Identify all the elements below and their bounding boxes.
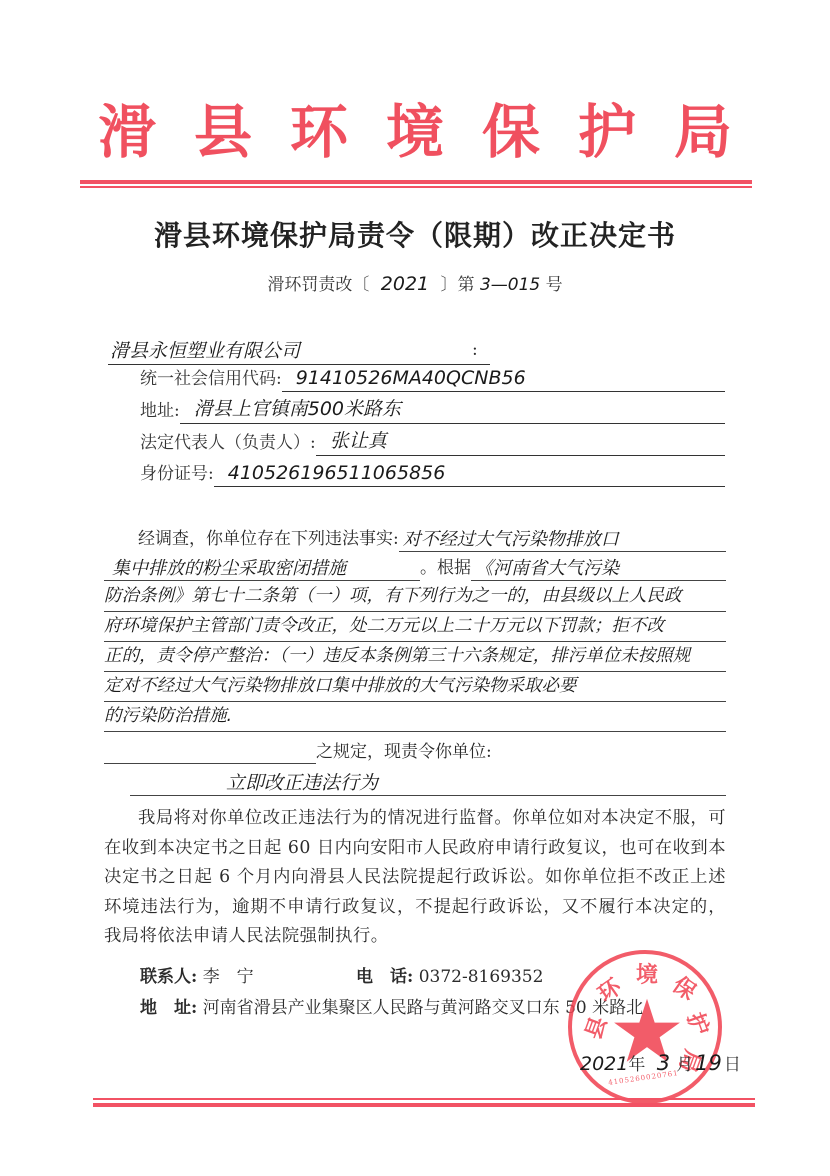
document-number: 滑环罚责改〔 2021 〕第 3—015 号 [0, 270, 830, 295]
date-month: 3 [657, 1051, 670, 1075]
letterhead-agency-name: 滑县环境保护局 [0, 92, 830, 172]
findings-intro: 经调查，你单位存在下列违法事实: [138, 524, 399, 552]
legal-basis-5: 定对不经过大气污染物排放口集中排放的大气污染物采取必要 [104, 672, 726, 702]
footer-divider-thin [93, 1098, 755, 1100]
doc-number-serial: 3—015 [480, 275, 540, 295]
date-year-suffix: 年 [628, 1055, 645, 1075]
field-legal-rep: 法定代表人（负责人）: 张让真 [140, 428, 725, 456]
order-blank [104, 739, 316, 764]
document-title: 滑县环境保护局责令（限期）改正决定书 [0, 214, 830, 254]
legal-basis-2: 防治条例》第七十二条第（一）项，有下列行为之一的，由县级以上人民政 [104, 582, 726, 612]
doc-number-mid: 〕第 [441, 275, 475, 295]
address-label: 地址: [140, 396, 180, 424]
legal-basis-1: 《河南省大气污染 [471, 554, 726, 581]
date-day: 19 [695, 1051, 722, 1075]
violation-fact-2: 集中排放的粉尘采取密闭措施 [104, 554, 420, 581]
field-address: 地址: 滑县上官镇南500米路东 [140, 396, 725, 424]
legal-basis-3: 府环境保护主管部门责令改正，处二万元以上二十万元以下罚款；拒不改 [104, 612, 726, 642]
findings-line-1: 经调查，你单位存在下列违法事实: 对不经过大气污染物排放口 [138, 524, 726, 552]
seal-char: 护 [681, 1008, 718, 1039]
contact-phone-row: 电 话: 0372-8169352 [356, 962, 543, 987]
order-intro-line: 之规定，现责令你单位: [104, 738, 524, 764]
order-intro: 之规定，现责令你单位: [316, 737, 492, 764]
recipient-colon: : [472, 340, 478, 360]
violation-fact-1: 对不经过大气污染物排放口 [399, 525, 726, 552]
legal-basis-6: 的污染防治措施. [104, 702, 726, 732]
doc-number-prefix: 滑环罚责改〔 [267, 275, 369, 295]
id-number-value: 410526196511065856 [214, 462, 725, 487]
date-year: 2021 [580, 1053, 628, 1075]
contact-phone-label: 电 话: [356, 967, 413, 987]
basis-intro: 。根据 [420, 553, 471, 581]
decision-date: 2021年 3月19日 [580, 1050, 741, 1075]
date-day-suffix: 日 [724, 1055, 741, 1075]
header-divider-thick [80, 180, 752, 184]
doc-number-suffix: 号 [546, 275, 563, 295]
credit-code-value: 91410526MA40QCNB56 [282, 367, 725, 392]
recipient-company: 滑县永恒塑业有限公司 [108, 336, 490, 365]
contact-address-label: 地 址: [140, 998, 197, 1018]
appeal-notice: 我局将对你单位改正违法行为的情况进行监督。你单位如对本决定不服，可在收到本决定书… [104, 804, 726, 952]
legal-rep-value: 张让真 [316, 426, 725, 456]
findings-line-2: 集中排放的粉尘采取密闭措施 。根据 《河南省大气污染 [104, 553, 726, 581]
id-number-label: 身份证号: [140, 459, 214, 487]
contact-person-label: 联系人: [140, 967, 197, 987]
legal-basis-4: 正的，责令停产整治：（一）违反本条例第三十六条规定，排污单位未按照规 [104, 642, 726, 672]
footer-divider-thick [93, 1103, 755, 1107]
contact-phone-value: 0372-8169352 [419, 967, 544, 987]
contact-address-row: 地 址: 河南省滑县产业集聚区人民路与黄河路交叉口东 50 米路北 [140, 993, 643, 1018]
field-id-number: 身份证号: 410526196511065856 [140, 459, 725, 487]
official-seal: 县 环 境 保 护 局 4105260020761 [568, 950, 722, 1104]
field-credit-code: 统一社会信用代码: 91410526MA40QCNB56 [140, 364, 725, 392]
date-month-suffix: 月 [676, 1055, 693, 1075]
contact-person-row: 联系人: 李 宁 [140, 962, 254, 987]
seal-char: 县 [577, 1012, 614, 1043]
seal-char: 境 [636, 958, 658, 989]
credit-code-label: 统一社会信用代码: [140, 364, 282, 392]
legal-rep-label: 法定代表人（负责人）: [140, 428, 316, 456]
doc-number-year: 2021 [381, 273, 429, 295]
correction-order: 立即改正违法行为 [130, 768, 726, 796]
contact-person-name: 李 宁 [203, 967, 254, 987]
header-divider-thin [80, 186, 752, 188]
address-value: 滑县上官镇南500米路东 [180, 394, 725, 424]
